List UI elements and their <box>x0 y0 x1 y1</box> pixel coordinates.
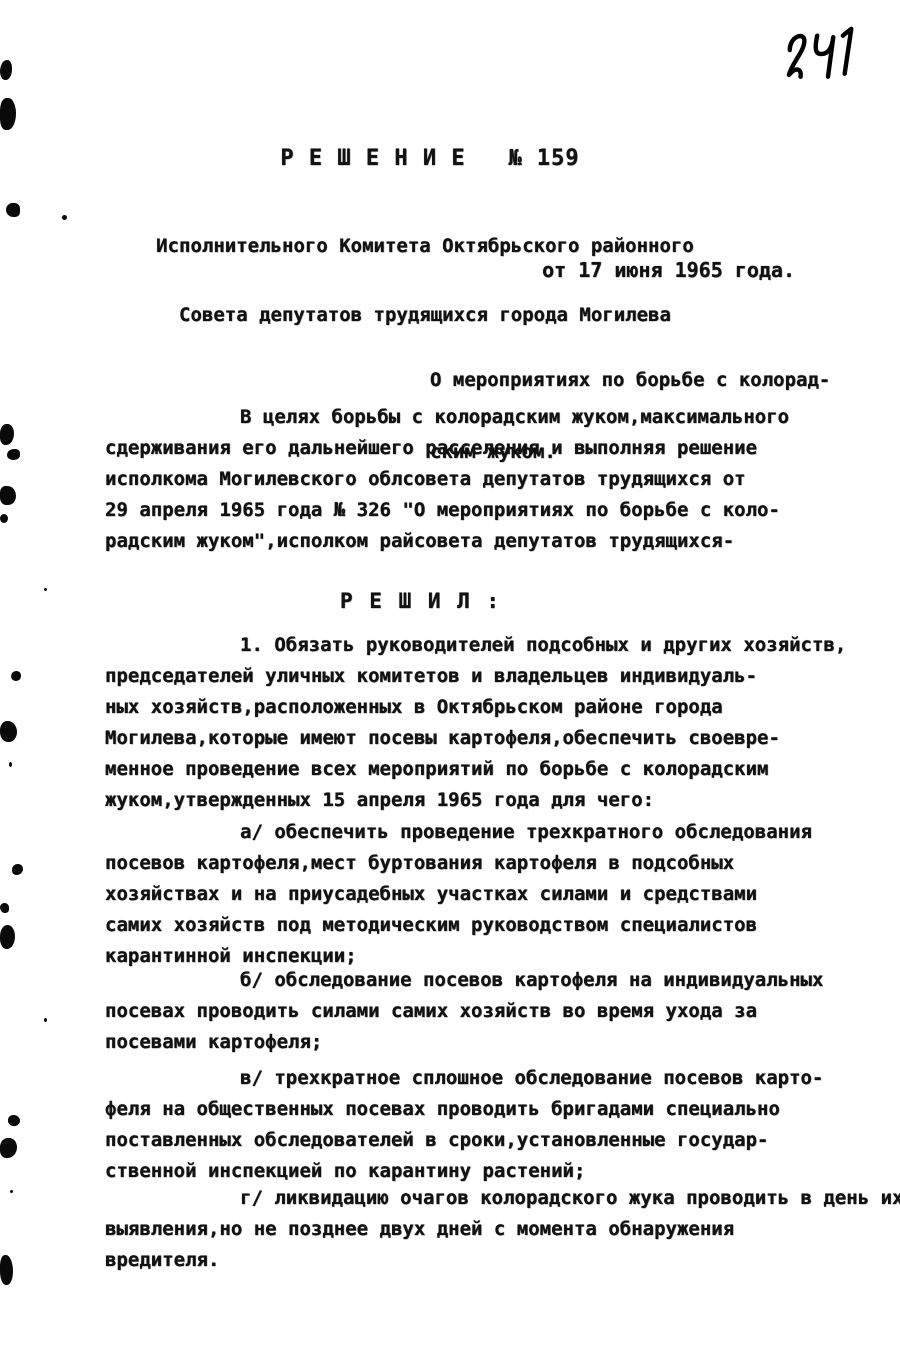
text-line: посевах проводить силами самих хозяйств … <box>105 996 805 1027</box>
document-title: Р Е Ш Е Н И Е № 159 <box>105 146 755 172</box>
text-line: б/ обследование посевов картофеля на инд… <box>105 965 805 996</box>
text-line: исполкома Могилевского облсовета депутат… <box>105 464 805 495</box>
text-line: Могилева,которые имеют посевы картофеля,… <box>105 723 805 754</box>
preamble-paragraph: В целях борьбы с колорадским жуком,макси… <box>105 402 805 557</box>
ink-blot <box>7 449 20 460</box>
ink-blot <box>10 1190 13 1193</box>
text-line: 1. Обязать руководителей подсобных и дру… <box>105 630 805 661</box>
ink-blot <box>8 1115 20 1126</box>
ink-blot <box>0 925 15 949</box>
ink-blot <box>0 514 8 523</box>
item-b-paragraph: б/ обследование посевов картофеля на инд… <box>105 965 805 1058</box>
ink-blot <box>9 762 12 767</box>
text-line: вредителя. <box>105 1245 805 1276</box>
handwritten-page-number <box>776 21 864 93</box>
ink-blot <box>0 424 14 445</box>
ink-blot <box>0 1138 17 1158</box>
item-v-paragraph: в/ трехкратное сплошное обследование пос… <box>105 1063 805 1187</box>
ink-blot <box>0 1255 13 1285</box>
text-line: посевами картофеля; <box>105 1027 805 1058</box>
ink-blot <box>0 60 12 80</box>
ink-blot <box>44 1018 47 1022</box>
text-line: выявления,но не позднее двух дней с моме… <box>105 1214 805 1245</box>
issuer-line: Исполнительного Комитета Октябрьского ра… <box>95 235 755 258</box>
text-line: В целях борьбы с колорадским жуком,макси… <box>105 402 805 433</box>
subject-line: О мероприятиях по борьбе с колорад- <box>430 368 830 392</box>
handwriting-241-icon <box>776 21 864 89</box>
ink-blot <box>0 903 9 913</box>
text-line: председателей уличных комитетов и владел… <box>105 661 805 692</box>
text-line: в/ трехкратное сплошное обследование пос… <box>105 1063 805 1094</box>
text-line: а/ обеспечить проведение трехкратного об… <box>105 817 805 848</box>
resolved-heading: Р Е Ш И Л : <box>340 589 501 613</box>
text-line: сдерживания его дальнейшего расселения и… <box>105 433 805 464</box>
item-g-paragraph: г/ ликвидацию очагов колорадского жука п… <box>105 1183 805 1276</box>
ink-blot <box>6 203 20 217</box>
item-a-paragraph: а/ обеспечить проведение трехкратного об… <box>105 817 805 972</box>
text-line: жуком,утвержденных 15 апреля 1965 года д… <box>105 785 805 816</box>
text-line: радским жуком",исполком райсовета депута… <box>105 526 805 557</box>
ink-blot <box>11 671 21 681</box>
ink-blot <box>62 215 67 220</box>
ink-blot <box>44 588 47 591</box>
text-line: хозяйствах и на приусадебных участках си… <box>105 879 805 910</box>
text-line: ных хозяйств,расположенных в Октябрьском… <box>105 692 805 723</box>
text-line: поставленных обследователей в сроки,уста… <box>105 1125 805 1156</box>
text-line: 29 апреля 1965 года № 326 "О мероприятия… <box>105 495 805 526</box>
text-line: феля на общественных посевах проводить б… <box>105 1094 805 1125</box>
document-date: от 17 июня 1965 года. <box>105 258 795 282</box>
text-line: г/ ликвидацию очагов колорадского жука п… <box>105 1183 805 1214</box>
text-line: менное проведение всех мероприятий по бо… <box>105 754 805 785</box>
scanned-document-page: Р Е Ш Е Н И Е № 159 Исполнительного Коми… <box>0 0 900 1352</box>
ink-blot <box>12 864 23 875</box>
ink-blot <box>0 98 16 130</box>
ink-blot <box>0 486 16 505</box>
text-line: самих хозяйств под методическим руководс… <box>105 910 805 941</box>
item-1-paragraph: 1. Обязать руководителей подсобных и дру… <box>105 630 805 816</box>
ink-blot <box>0 721 17 742</box>
text-line: посевов картофеля,мест буртования картоф… <box>105 848 805 879</box>
